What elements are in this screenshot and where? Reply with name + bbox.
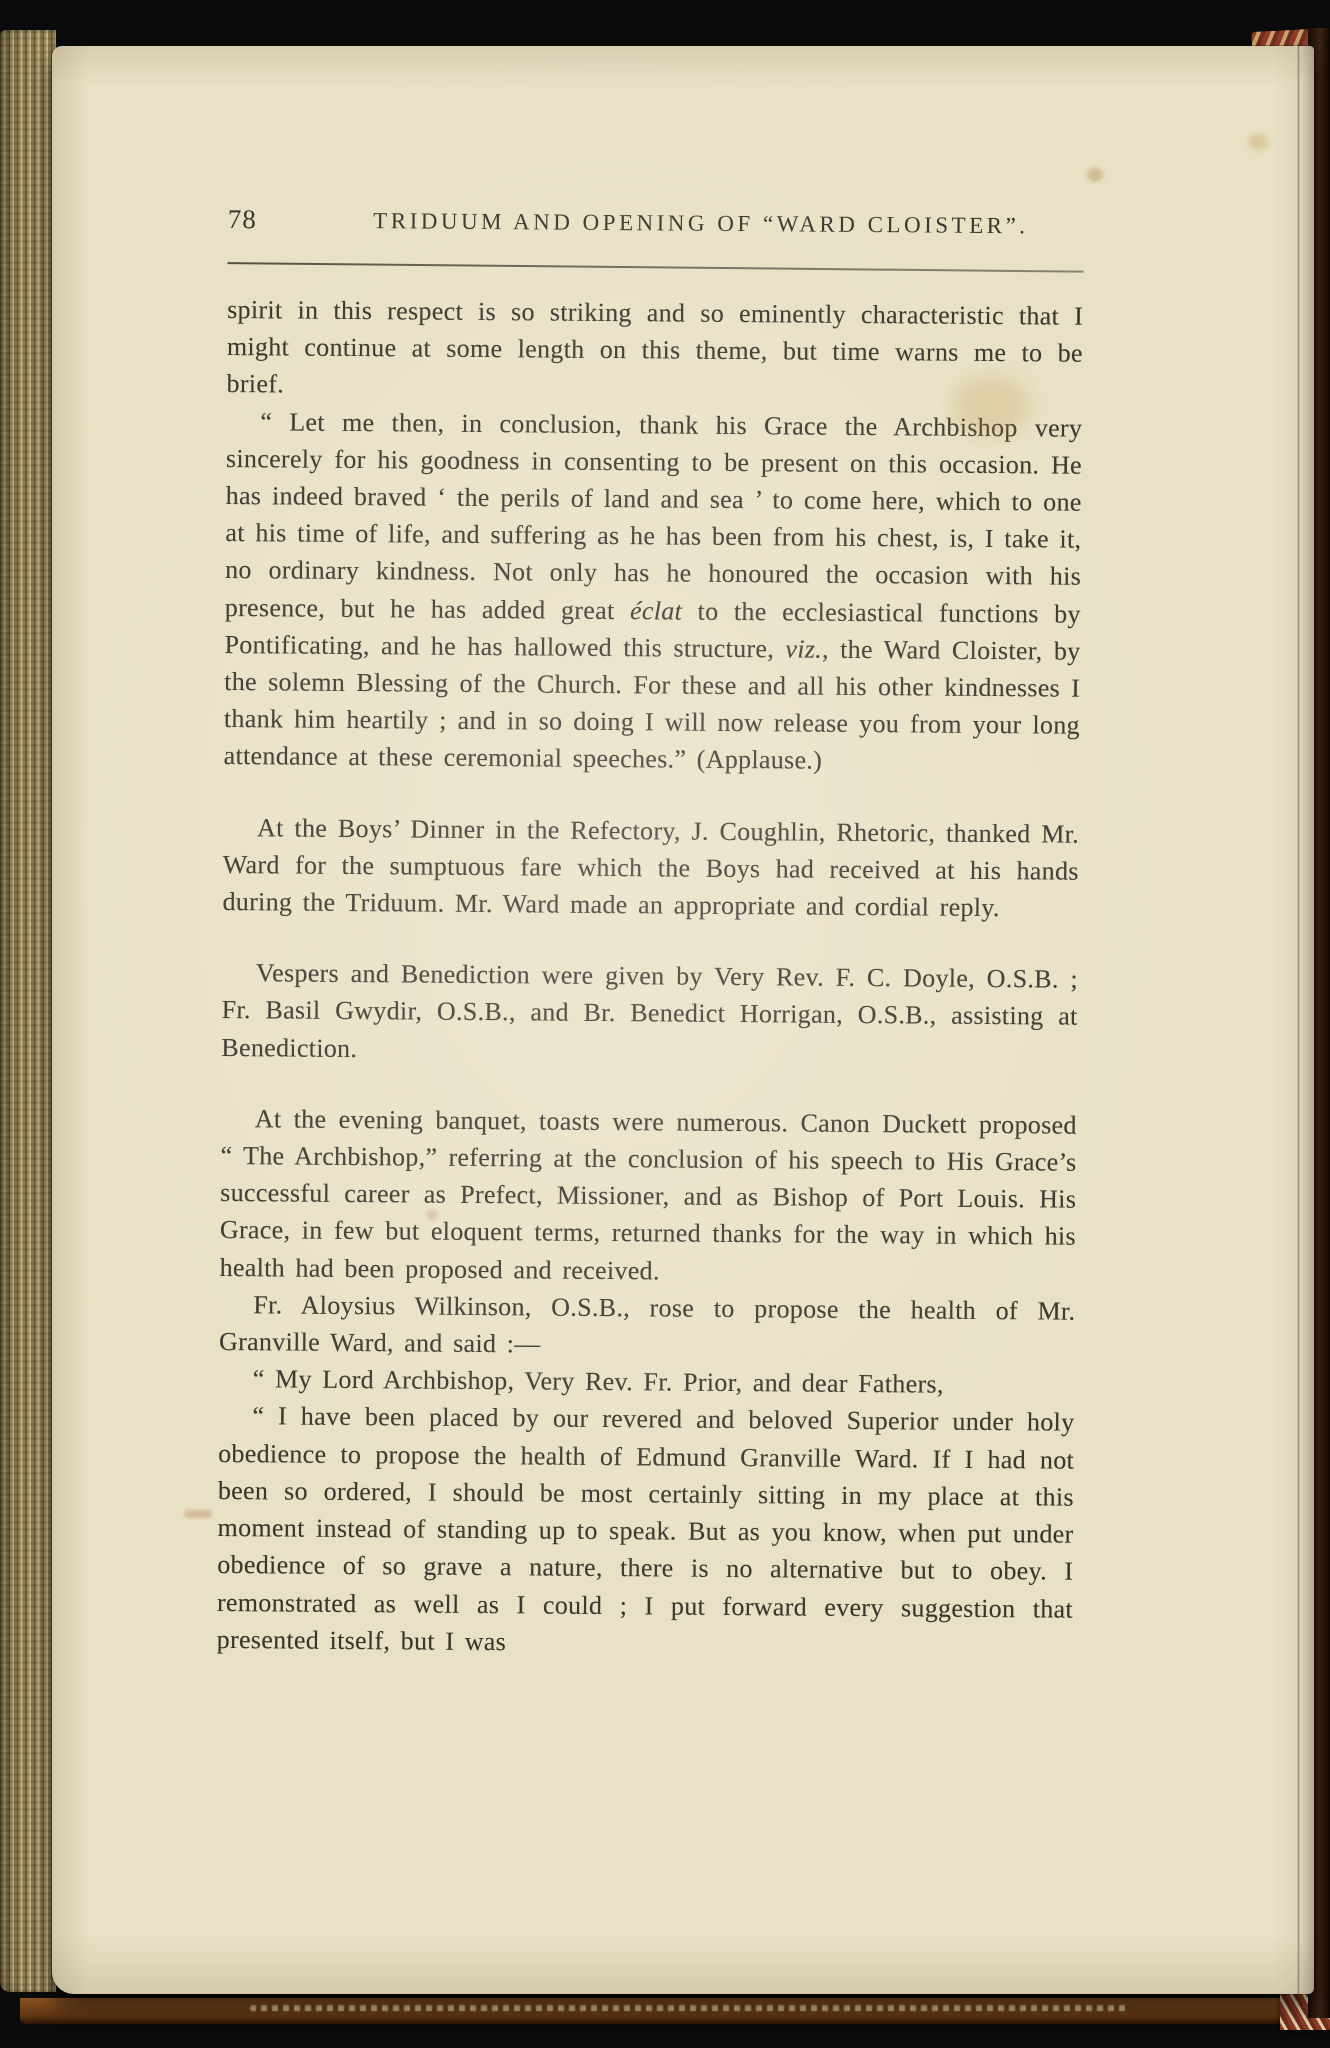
text-run: Vespers and Benediction were given by Ve… xyxy=(221,958,1078,1062)
book-page: 78 TRIDUUM AND OPENING OF “WARD CLOISTER… xyxy=(52,46,1314,1994)
header-rule xyxy=(228,262,1084,273)
italic-text: viz. xyxy=(785,634,822,663)
paragraph: “ I have been placed by our revered and … xyxy=(217,1397,1075,1664)
paper-stain xyxy=(1087,168,1103,182)
page-header: 78 TRIDUUM AND OPENING OF “WARD CLOISTER… xyxy=(228,204,1084,243)
paragraph: spirit in this respect is so striking an… xyxy=(226,291,1083,409)
text-run: At the Boys’ Dinner in the Refectory, J.… xyxy=(222,813,1079,922)
paragraph: At the Boys’ Dinner in the Refectory, J.… xyxy=(222,809,1079,927)
book-photograph: 78 TRIDUUM AND OPENING OF “WARD CLOISTER… xyxy=(0,0,1330,2048)
page-number: 78 xyxy=(228,204,257,235)
book-cover-bottom-edge xyxy=(20,1998,1312,2024)
text-run: “ My Lord Archbishop, Very Rev. Fr. Prio… xyxy=(253,1365,944,1399)
paragraph: Vespers and Benediction were given by Ve… xyxy=(221,954,1078,1072)
text-run: Fr. Aloysius Wilkinson, O.S.B., rose to … xyxy=(219,1290,1075,1358)
page-stack-fore-edge xyxy=(0,30,56,1992)
printed-content: 78 TRIDUUM AND OPENING OF “WARD CLOISTER… xyxy=(217,204,1084,1665)
italic-text: éclat xyxy=(630,596,682,625)
paragraph: “ Let me then, in conclusion, thank his … xyxy=(224,403,1083,782)
paragraph: At the evening banquet, toasts were nume… xyxy=(220,1100,1077,1293)
paper-stain xyxy=(184,1510,212,1518)
text-run: spirit in this respect is so striking an… xyxy=(226,295,1083,399)
running-title: TRIDUUM AND OPENING OF “WARD CLOISTER”. xyxy=(318,208,1084,240)
text-run: “ I have been placed by our revered and … xyxy=(217,1402,1075,1656)
text-run: At the evening banquet, toasts were nume… xyxy=(220,1104,1077,1285)
paragraph: Fr. Aloysius Wilkinson, O.S.B., rose to … xyxy=(219,1286,1076,1367)
text-run: “ Let me then, in conclusion, thank his … xyxy=(225,407,1083,625)
paper-stain xyxy=(1248,134,1268,150)
text-block: spirit in this respect is so striking an… xyxy=(217,291,1084,1665)
page-crease xyxy=(1297,46,1300,1994)
